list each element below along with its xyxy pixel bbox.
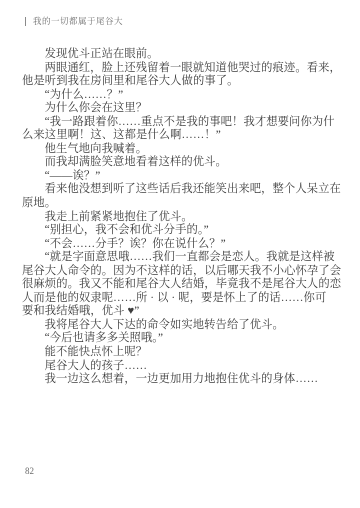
body-line: 很麻烦的。我又不能和尾谷大人结婚，毕竟我不是尾谷大人的恋 xyxy=(22,278,332,292)
body-line: 我走上前紧紧地抱住了优斗。 xyxy=(22,211,332,225)
body-line: “别担心，我不会和优斗分手的。” xyxy=(22,224,332,238)
body-line: 我一边这么想着，一边更加用力地抱住优斗的身体…… xyxy=(22,373,332,387)
body-line: 他生气地向我喊着。 xyxy=(22,143,332,157)
body-line: “——诶？” xyxy=(22,170,332,184)
body-line: “今后也请多多关照哦。” xyxy=(22,332,332,346)
body-line: 尾谷大人的孩子…… xyxy=(22,360,332,374)
body-line: “就是字面意思哦……我们一直都会是恋人。我就是这样被 xyxy=(22,251,332,265)
body-text: 发现优斗正站在眼前。两眼通红，脸上还残留着一眼就知道他哭过的痕迹。看来，他是听到… xyxy=(22,48,332,387)
page-number: 82 xyxy=(25,466,34,476)
body-line: 么来这里啊！这、这都是什么啊……！” xyxy=(22,129,332,143)
body-line: 看来他没想到听了这些话后我还能笑出来吧，整个人呆立在 xyxy=(22,183,332,197)
body-line: “我一路跟着你……重点不是我的事吧！我才想要问你为什 xyxy=(22,116,332,130)
body-line: 两眼通红，脸上还残留着一眼就知道他哭过的痕迹。看来， xyxy=(22,62,332,76)
running-header: 我的一切都属于尾谷大 xyxy=(25,15,123,27)
body-line: 尾谷大人命令的。因为不这样的话，以后哪天我不小心怀孕了会 xyxy=(22,265,332,279)
body-line: 而我却满脸笑意地看着这样的优斗。 xyxy=(22,156,332,170)
body-line: 原地。 xyxy=(22,197,332,211)
body-line: “为什么……？” xyxy=(22,89,332,103)
body-line: 为什么你会在这里？ xyxy=(22,102,332,116)
book-title: 我的一切都属于尾谷大 xyxy=(33,15,123,27)
body-line: 人而是他的奴隶呢……所 · 以 · 呢，要是怀上了的话……你可 xyxy=(22,292,332,306)
book-page: 我的一切都属于尾谷大 发现优斗正站在眼前。两眼通红，脸上还残留着一眼就知道他哭过… xyxy=(0,0,360,508)
body-line: 发现优斗正站在眼前。 xyxy=(22,48,332,62)
body-line: “不会……分手？诶？你在说什么？” xyxy=(22,238,332,252)
vertical-bar-icon xyxy=(25,17,26,26)
body-line: 我将尾谷大人下达的命令如实地转告给了优斗。 xyxy=(22,319,332,333)
body-line: 他是听到我在房间里和尾谷大人做的事了。 xyxy=(22,75,332,89)
body-line: 能不能快点怀上呢？ xyxy=(22,346,332,360)
body-line: 要和我结婚哦，优斗 ♥” xyxy=(22,305,332,319)
